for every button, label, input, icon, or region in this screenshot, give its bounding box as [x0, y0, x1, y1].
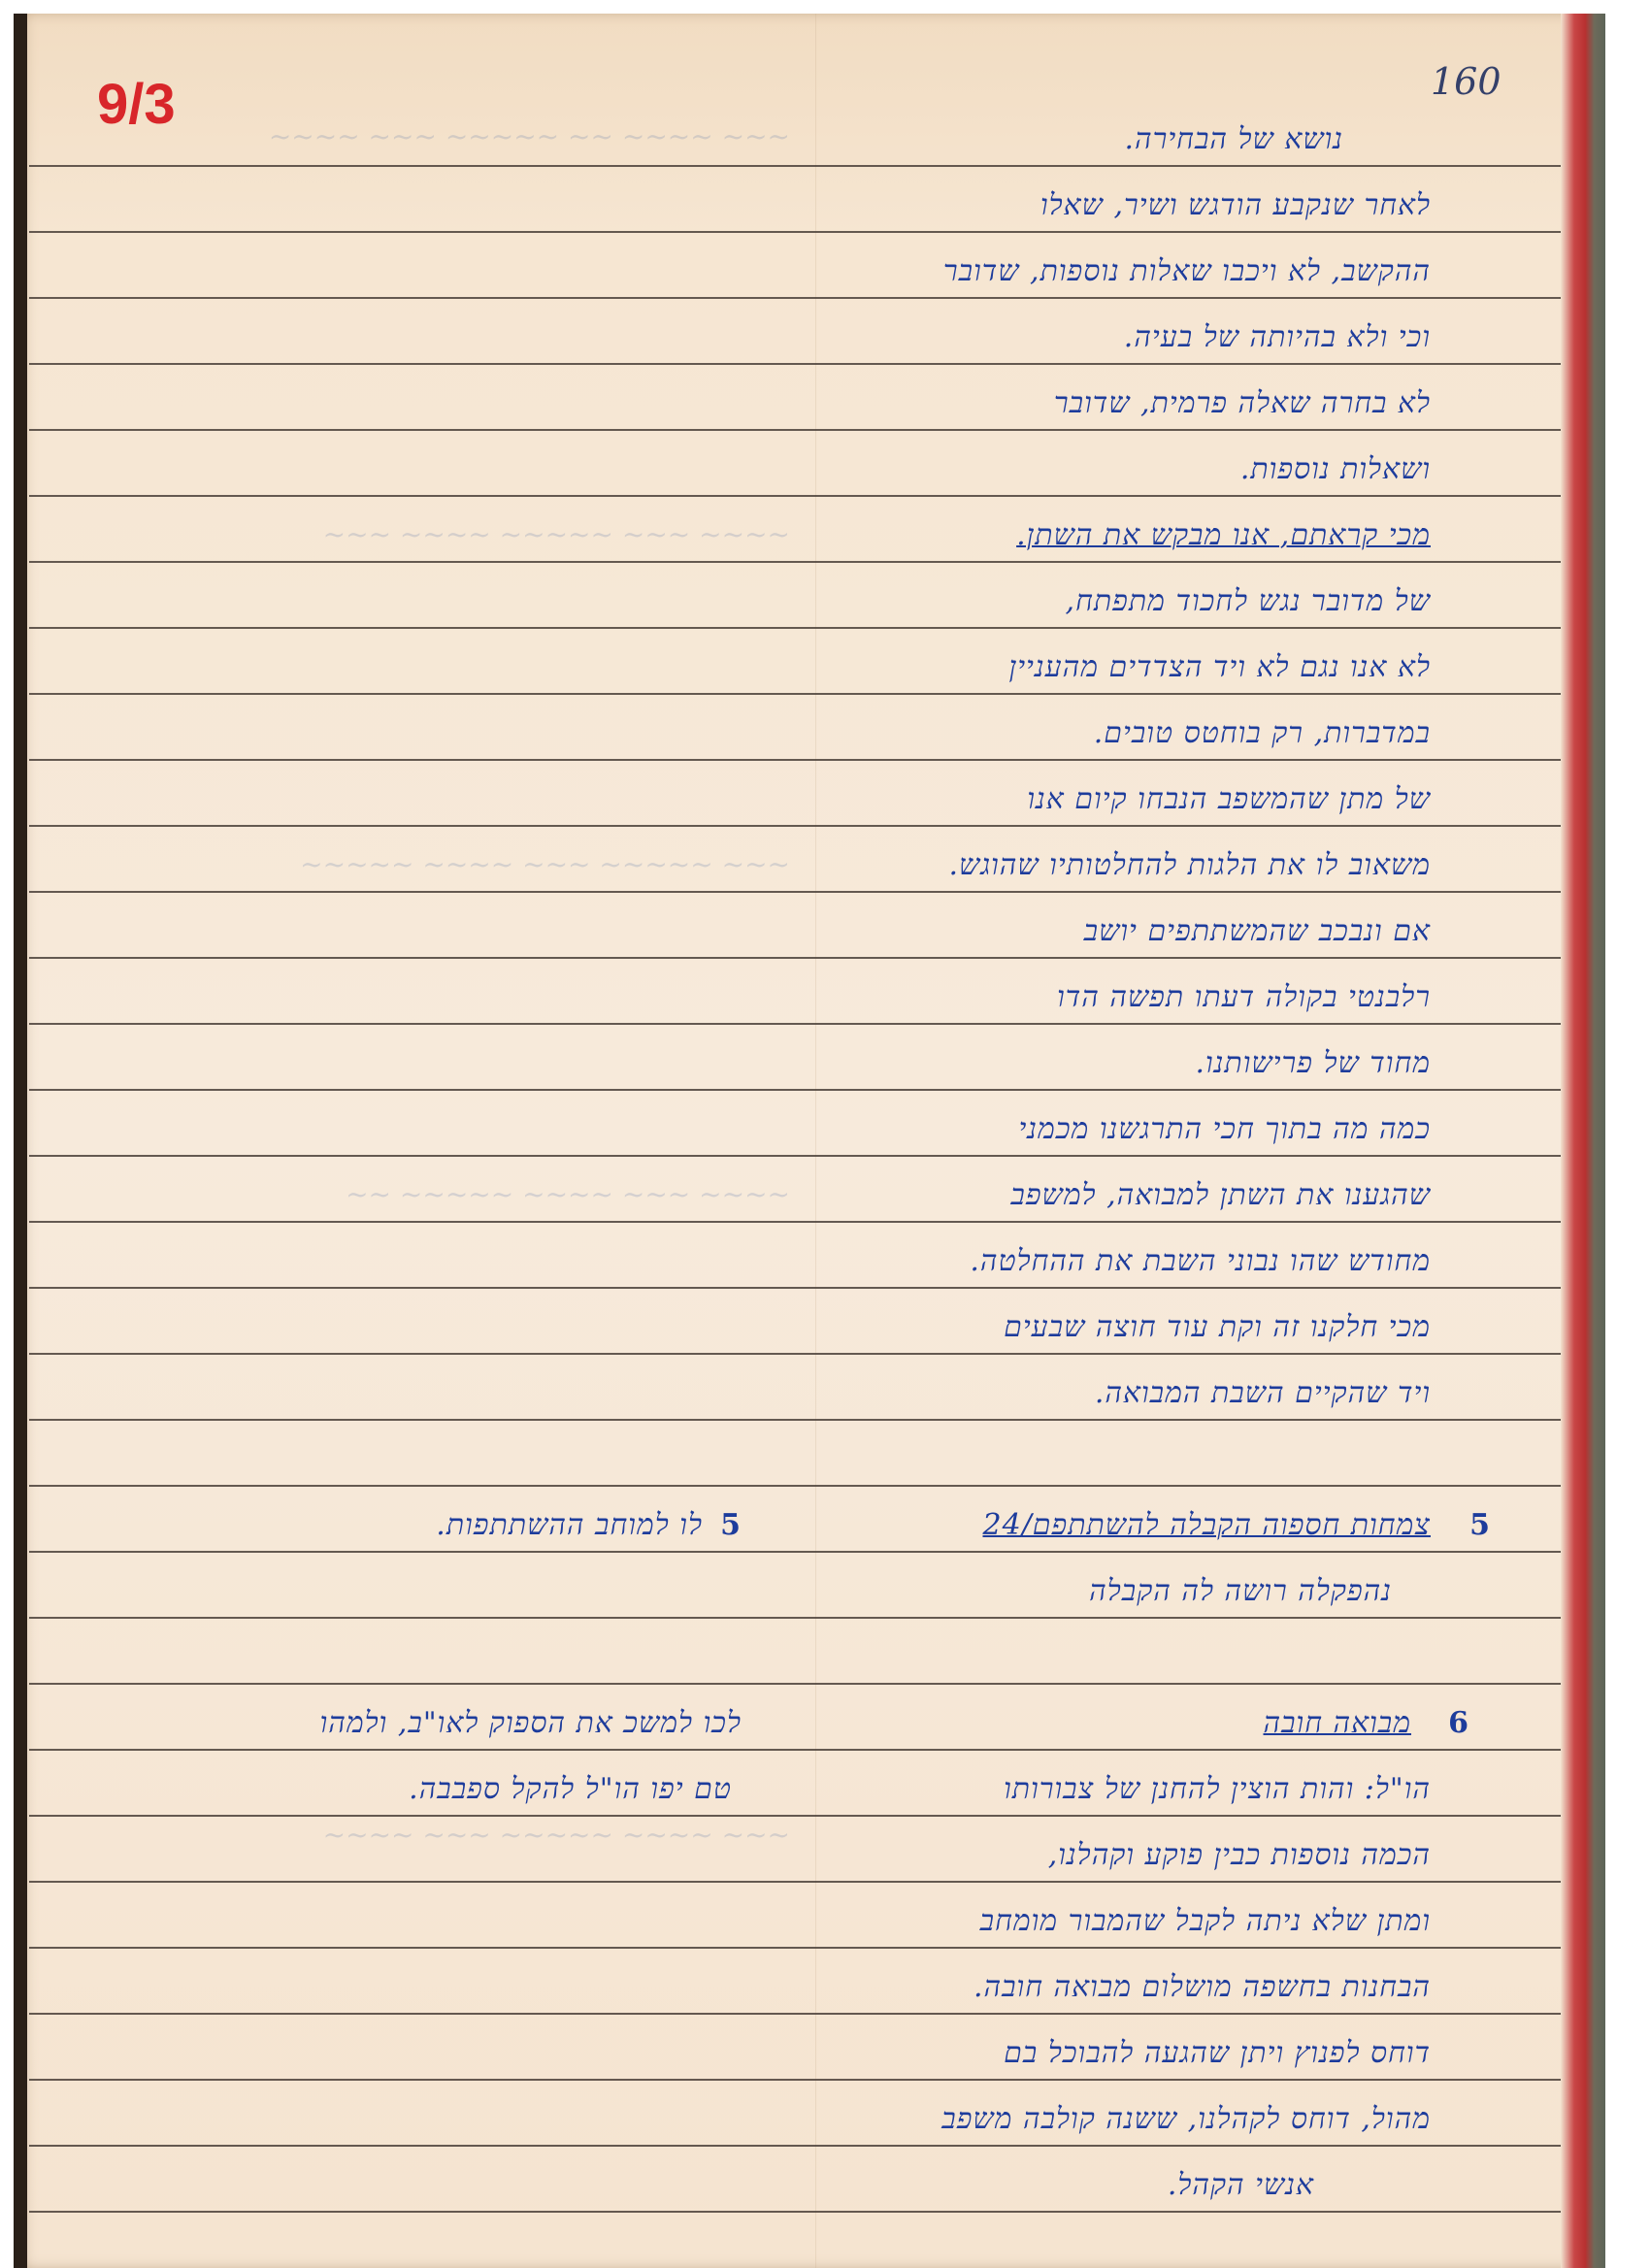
text-line: במדברות, רק בוחטס טובים.: [1094, 716, 1431, 750]
page-number: 160: [1431, 60, 1501, 103]
text-line: מחוד של פרישותנו.: [1195, 1046, 1431, 1080]
bleed-through-text: ~~~ ~~~~~ ~~~ ~~~~ ~~~~~: [52, 848, 790, 880]
text-line: אנשי הקהל.: [1168, 2168, 1314, 2202]
date-mark: 9/3: [97, 72, 176, 137]
text-line: ההקשב, לא ויכבו שאלות נוספות, שדובר: [943, 254, 1431, 288]
text-line: ויד שהקיים השבת המבואה.: [1095, 1376, 1431, 1410]
section-subtitle: נהפקלה רושה לה הקבלה: [1089, 1574, 1392, 1608]
text-line: כמה מה בתוך חכי התרגשנו מכמני: [1018, 1112, 1431, 1146]
text-line: מכי חלקנו זה וקת עוד חוצה שבעים: [1004, 1310, 1431, 1344]
notebook-page: ~~~ ~~~~ ~~ ~~~~~ ~~~ ~~~~ ~~~~ ~~~ ~~~~…: [14, 14, 1605, 2268]
text-line: וכי ולא בהיותה של בעיה.: [1124, 320, 1431, 354]
bleed-through-text: ~~~ ~~~~ ~~~~~ ~~~ ~~~~: [52, 1819, 790, 1851]
text-line: שהגענו את השתן למבואה, למשפב: [1010, 1178, 1431, 1212]
text-line: מחודש שהו נבוני השבת את ההחלטה.: [970, 1244, 1431, 1278]
red-binding-edge: [1561, 14, 1605, 2268]
text-line: אם ונבכב שהמשתתפים יושב: [1084, 914, 1431, 948]
text-line: הכמה נוספות כבין פוקע וקהלנו,: [1048, 1838, 1431, 1872]
text-line: ושאלות נוספות.: [1240, 452, 1431, 486]
text-line: ומתן שלא ניתה לקבל שהמבור מומחב: [980, 1904, 1431, 1938]
section-title: צמחות חספוה הקבלה להשתתפם/24: [982, 1508, 1431, 1542]
note-text: לו למוחב ההשתתפות.: [436, 1508, 703, 1542]
page-left-edge: [14, 14, 27, 2268]
note-text: לכו למשכ את הספוק לאו"ב, ולמהו: [320, 1706, 742, 1740]
section-title: מבואה חובה: [1264, 1706, 1412, 1740]
section-number: 6: [1448, 1706, 1469, 1740]
text-line: דוחס לפנוץ ויתן שהגעה להבוכל בם: [1004, 2036, 1431, 2070]
column-divider: [815, 14, 816, 2268]
note-text: טם יפו הו"ל להקל ספבבה.: [409, 1772, 732, 1806]
text-line: נושא של הבחירה.: [1124, 122, 1343, 156]
text-line: מכי קראתם, אנו מבקש את השתן.: [1016, 518, 1431, 552]
text-line: רלבנטי בקולה דעתו תפשה הדו: [1057, 980, 1431, 1014]
text-line: הו"ל: והות הוצין להחנן של צבורותו: [1004, 1772, 1431, 1806]
bleed-through-text: ~~~~ ~~~ ~~~~ ~~~~~ ~~: [52, 1178, 790, 1210]
text-line: לאחר שנקבע הודגש ושיר, שאלו: [1040, 188, 1431, 222]
text-line: משאוב לו את הלגות להחלטותיו שהוגש.: [948, 848, 1431, 882]
text-line: מהול, דוחס לקהלנו, ששנה קולבה משפב: [941, 2102, 1431, 2136]
text-line: הבחנות בחשפה מושלום מבואה חובה.: [973, 1970, 1431, 2004]
section-number: 5: [1469, 1508, 1491, 1542]
text-line: של מדובר נגש לחכוד מתפתח,: [1066, 584, 1431, 618]
text-line: של מתן שהמשפב הנבחו קיום אנו: [1027, 782, 1431, 816]
text-line: לא בחרה שאלה פרמית, שדובר: [1054, 386, 1431, 420]
text-line: לא אנו נגם לא ויד הצדדים מהעניין: [1009, 650, 1431, 684]
bleed-through-text: ~~~~ ~~~ ~~~~~ ~~~~ ~~~: [52, 518, 790, 550]
note-number: 5: [720, 1508, 742, 1542]
